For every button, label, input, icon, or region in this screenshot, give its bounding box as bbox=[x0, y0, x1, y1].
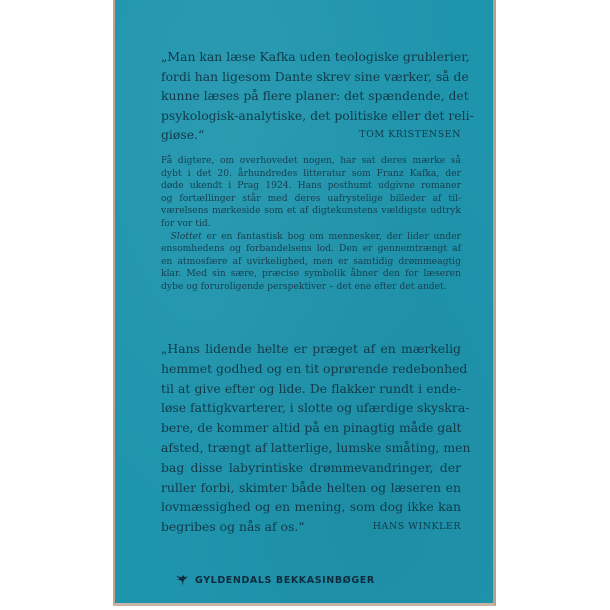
blurb-line: ensomhedens og forbandelsens lod. Den er… bbox=[161, 243, 461, 256]
blurb-line: for vor tid. bbox=[161, 218, 461, 231]
blurb-text: er en fantastisk bog om mennesker, der l… bbox=[202, 231, 461, 242]
quote-line: lovmæssighed og en mening, som dog ikke … bbox=[161, 497, 461, 517]
quote-author: HANS WINKLER bbox=[373, 517, 461, 537]
quote-line: bere, de kommer altid på en pinagtig måd… bbox=[161, 418, 461, 438]
book-back-cover: „Man kan læse Kafka uden teologiske grub… bbox=[113, 0, 496, 606]
quote-line: bag disse labyrintiske drømmevandringer,… bbox=[161, 458, 461, 478]
snipe-bird-icon bbox=[175, 573, 189, 587]
book-title-slottet: Slottet bbox=[170, 231, 201, 242]
quote-line: giøse.“ bbox=[161, 125, 204, 145]
quote-line: løse fattigkvarterer, i slotte og ufærdi… bbox=[161, 398, 461, 418]
quote-line: fordi han ligesom Dante skrev sine værke… bbox=[161, 67, 461, 87]
quote-line: afsted, trængt af latterlige, lumske små… bbox=[161, 438, 461, 458]
quote-attribution-row: begribes og nås af os.“ HANS WINKLER bbox=[161, 517, 461, 537]
blurb-line: Få digtere, om overhovedet nogen, har sa… bbox=[161, 155, 461, 168]
quote-tom-kristensen: „Man kan læse Kafka uden teologiske grub… bbox=[161, 47, 461, 145]
blurb-line: dybt i det 20. århundredes litteratur so… bbox=[161, 168, 461, 181]
quote-line: „Hans lidende helte er præget af en mærk… bbox=[161, 339, 461, 359]
quote-line: hemmet godhed og en tit oprørende redebo… bbox=[161, 359, 461, 379]
blurb-line: værelsens mørkeside som et af digtekunst… bbox=[161, 205, 461, 218]
quote-author: TOM KRISTENSEN bbox=[359, 125, 461, 145]
publisher-name: GYLDENDALS BEKKASINBØGER bbox=[195, 575, 375, 586]
quote-line: ruller forbi, skimter både helten og læs… bbox=[161, 478, 461, 498]
quote-line: kunne læses på flere planer: det spænden… bbox=[161, 86, 461, 106]
quote-line: begribes og nås af os.“ bbox=[161, 517, 305, 537]
blurb-line: klar. Med sin sære, præcise symbolik åbn… bbox=[161, 268, 461, 281]
book-blurb: Få digtere, om overhovedet nogen, har sa… bbox=[161, 155, 461, 294]
blurb-line: Slottet er en fantastisk bog om menneske… bbox=[161, 231, 461, 244]
blurb-line: dybe og foruroligende perspektiver – det… bbox=[161, 281, 461, 294]
blurb-line: og fortællinger står med deres uafrystel… bbox=[161, 193, 461, 206]
quote-line: psykologisk-analytiske, det politiske el… bbox=[161, 106, 461, 126]
blurb-line: døde ukendt i Prag 1924. Hans posthumt u… bbox=[161, 180, 461, 193]
quote-attribution-row: giøse.“ TOM KRISTENSEN bbox=[161, 125, 461, 145]
quote-line: „Man kan læse Kafka uden teologiske grub… bbox=[161, 47, 461, 67]
publisher-imprint: GYLDENDALS BEKKASINBØGER bbox=[175, 573, 375, 587]
blurb-line: en atmosfære af uvirkelighed, men er sam… bbox=[161, 256, 461, 269]
quote-line: til at give efter og lide. De flakker ru… bbox=[161, 379, 461, 399]
quote-hans-winkler: „Hans lidende helte er præget af en mærk… bbox=[161, 339, 461, 537]
